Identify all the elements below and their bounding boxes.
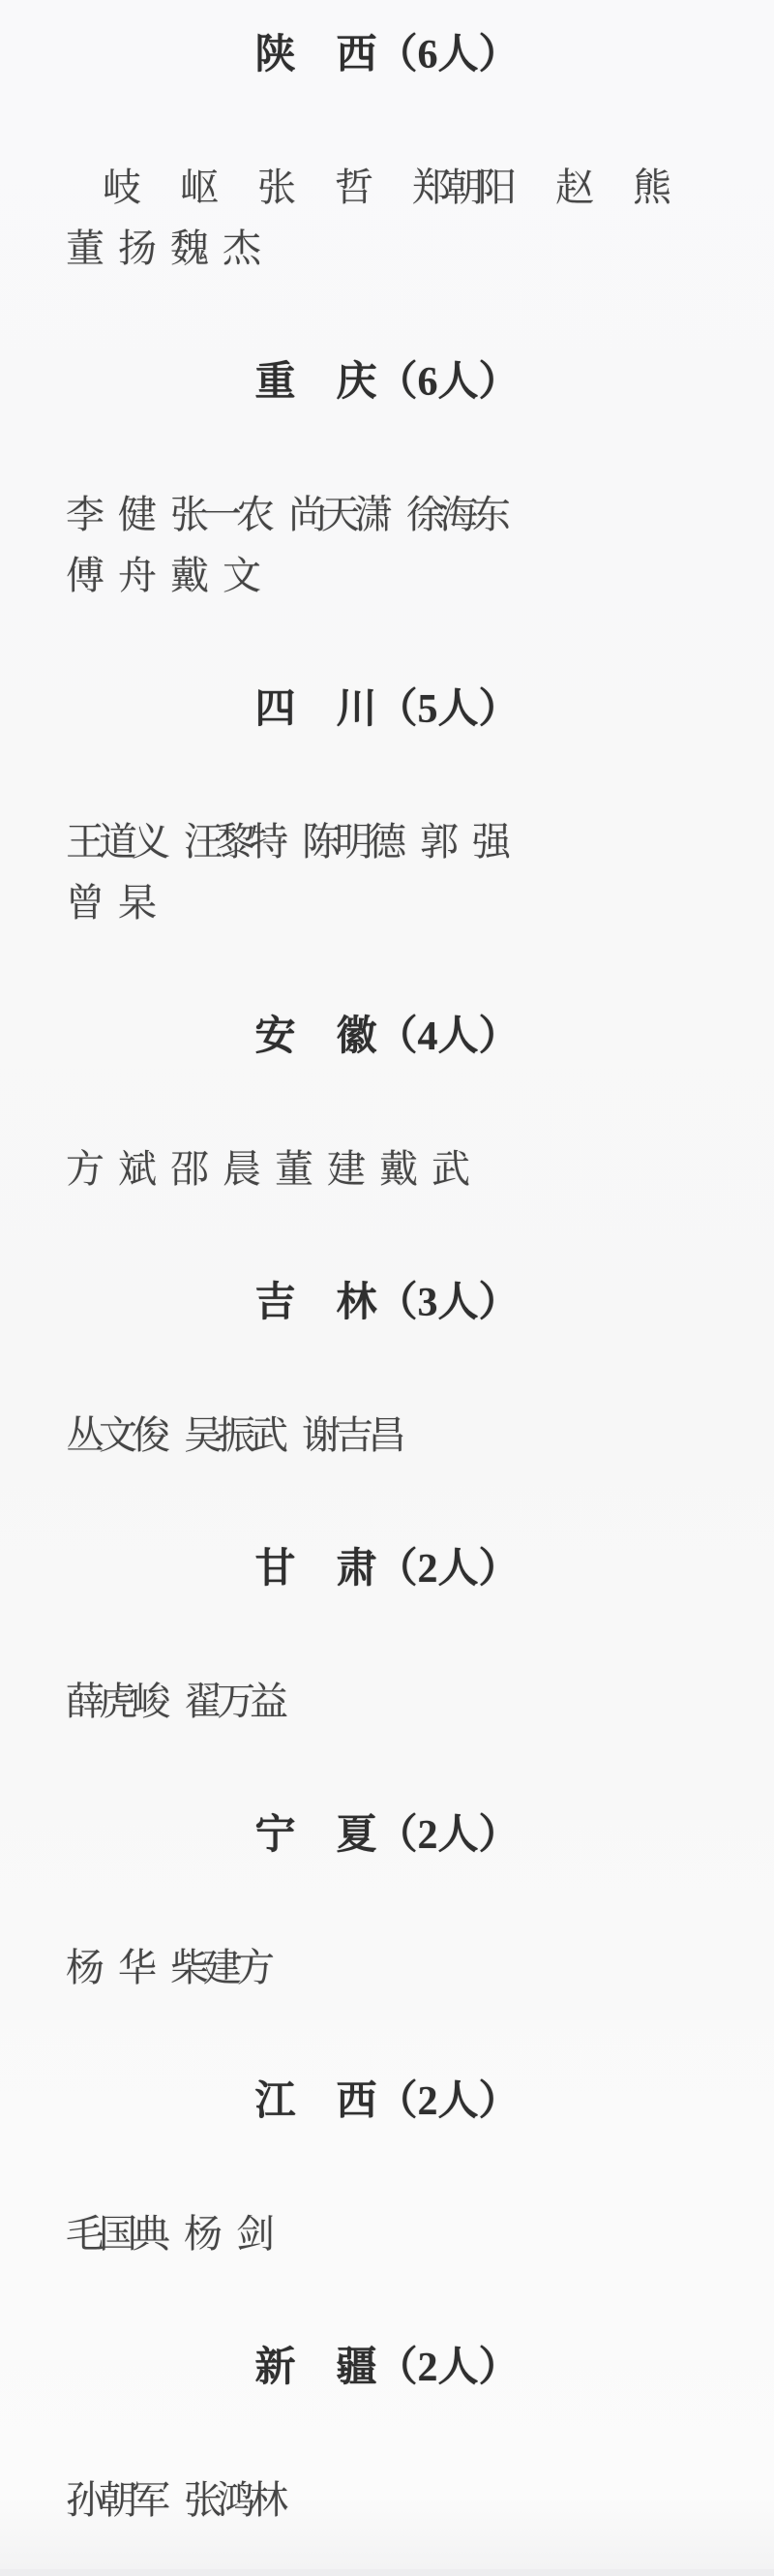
province-header: 新 疆（2人） — [0, 2346, 774, 2390]
name-row: 薛虎峻翟万益 — [0, 1680, 774, 1724]
province-header: 甘 肃（2人） — [0, 1547, 774, 1591]
name-unit: 戴 — [379, 1147, 412, 1192]
province-header: 重 庆（6人） — [0, 360, 774, 405]
province-section: 四 川（5人）王道义汪黎特陈明德郭强曾杲 — [0, 687, 774, 925]
name-row: 傅舟戴文 — [0, 554, 774, 598]
name-unit: 王道义 — [66, 820, 164, 864]
name-unit: 晨 — [223, 1147, 255, 1192]
name-unit: 岐 — [103, 166, 135, 210]
scanned-document-page: 陕 西（6人）岐岖张哲郑朝阳赵熊董扬魏杰重 庆（6人）李健张一农尚天潇徐海东傅舟… — [0, 0, 774, 2576]
name-row: 丛文俊吴振武谢吉昌 — [0, 1413, 774, 1458]
name-unit: 华 — [118, 1946, 151, 1990]
name-row: 岐岖张哲郑朝阳赵熊 — [0, 166, 774, 210]
name-unit: 李 — [66, 493, 99, 537]
name-row: 毛国典杨剑 — [0, 2212, 774, 2257]
province-section: 陕 西（6人）岐岖张哲郑朝阳赵熊董扬魏杰 — [0, 33, 774, 271]
name-unit: 扬 — [118, 227, 151, 271]
name-unit: 徐海东 — [406, 493, 505, 537]
name-row: 杨华柴建方 — [0, 1946, 774, 1990]
name-unit: 董 — [66, 227, 99, 271]
name-unit: 谢吉昌 — [302, 1413, 401, 1458]
name-unit: 强 — [472, 820, 505, 864]
name-unit: 赵 — [555, 166, 588, 210]
province-header: 宁 夏（2人） — [0, 1813, 774, 1858]
name-unit: 汪黎特 — [184, 820, 283, 864]
name-unit: 熊 — [633, 166, 666, 210]
name-unit: 陈明德 — [302, 820, 401, 864]
name-unit: 曾 — [66, 881, 99, 925]
name-unit: 建 — [327, 1147, 360, 1192]
province-header: 陕 西（6人） — [0, 33, 774, 77]
province-header: 四 川（5人） — [0, 687, 774, 732]
name-unit: 翟万益 — [184, 1680, 283, 1724]
name-unit: 魏 — [170, 227, 203, 271]
name-unit: 剑 — [236, 2212, 269, 2257]
name-unit: 武 — [432, 1147, 464, 1192]
name-unit: 邵 — [170, 1147, 203, 1192]
name-unit: 董 — [275, 1147, 308, 1192]
province-name-list: 陕 西（6人）岐岖张哲郑朝阳赵熊董扬魏杰重 庆（6人）李健张一农尚天潇徐海东傅舟… — [0, 0, 774, 2523]
province-section: 江 西（2人）毛国典杨剑 — [0, 2079, 774, 2257]
name-row: 曾杲 — [0, 881, 774, 925]
province-section: 吉 林（3人）丛文俊吴振武谢吉昌 — [0, 1281, 774, 1458]
name-row: 董扬魏杰 — [0, 227, 774, 271]
name-unit: 张一农 — [170, 493, 269, 537]
province-header: 安 徽（4人） — [0, 1015, 774, 1059]
name-unit: 舟 — [118, 554, 151, 598]
name-unit: 张鸿林 — [184, 2478, 283, 2523]
name-unit: 文 — [223, 554, 255, 598]
name-unit: 毛国典 — [66, 2212, 164, 2257]
name-unit: 郑朝阳 — [412, 166, 511, 210]
name-row: 孙朝军张鸿林 — [0, 2478, 774, 2523]
name-row: 方斌邵晨董建戴武 — [0, 1147, 774, 1192]
province-section: 安 徽（4人）方斌邵晨董建戴武 — [0, 1015, 774, 1192]
province-section: 宁 夏（2人）杨华柴建方 — [0, 1813, 774, 1990]
name-unit: 吴振武 — [184, 1413, 283, 1458]
name-unit: 孙朝军 — [66, 2478, 164, 2523]
name-unit: 杲 — [118, 881, 151, 925]
province-section: 甘 肃（2人）薛虎峻翟万益 — [0, 1547, 774, 1724]
name-unit: 杨 — [184, 2212, 217, 2257]
province-header: 江 西（2人） — [0, 2079, 774, 2124]
name-unit: 哲 — [335, 166, 368, 210]
name-unit: 杰 — [223, 227, 255, 271]
name-row: 王道义汪黎特陈明德郭强 — [0, 820, 774, 864]
name-unit: 尚天潇 — [288, 493, 387, 537]
province-header: 吉 林（3人） — [0, 1281, 774, 1325]
name-unit: 戴 — [170, 554, 203, 598]
name-unit: 方 — [66, 1147, 99, 1192]
name-row: 李健张一农尚天潇徐海东 — [0, 493, 774, 537]
name-unit: 丛文俊 — [66, 1413, 164, 1458]
name-unit: 杨 — [66, 1946, 99, 1990]
province-section: 重 庆（6人）李健张一农尚天潇徐海东傅舟戴文 — [0, 360, 774, 598]
name-unit: 健 — [118, 493, 151, 537]
name-unit: 岖 — [180, 166, 213, 210]
name-unit: 薛虎峻 — [66, 1680, 164, 1724]
province-section: 新 疆（2人）孙朝军张鸿林 — [0, 2346, 774, 2523]
name-unit: 郭 — [420, 820, 453, 864]
scan-bottom-edge — [0, 2569, 774, 2576]
name-unit: 斌 — [118, 1147, 151, 1192]
name-unit: 傅 — [66, 554, 99, 598]
name-unit: 柴建方 — [170, 1946, 269, 1990]
name-unit: 张 — [257, 166, 290, 210]
